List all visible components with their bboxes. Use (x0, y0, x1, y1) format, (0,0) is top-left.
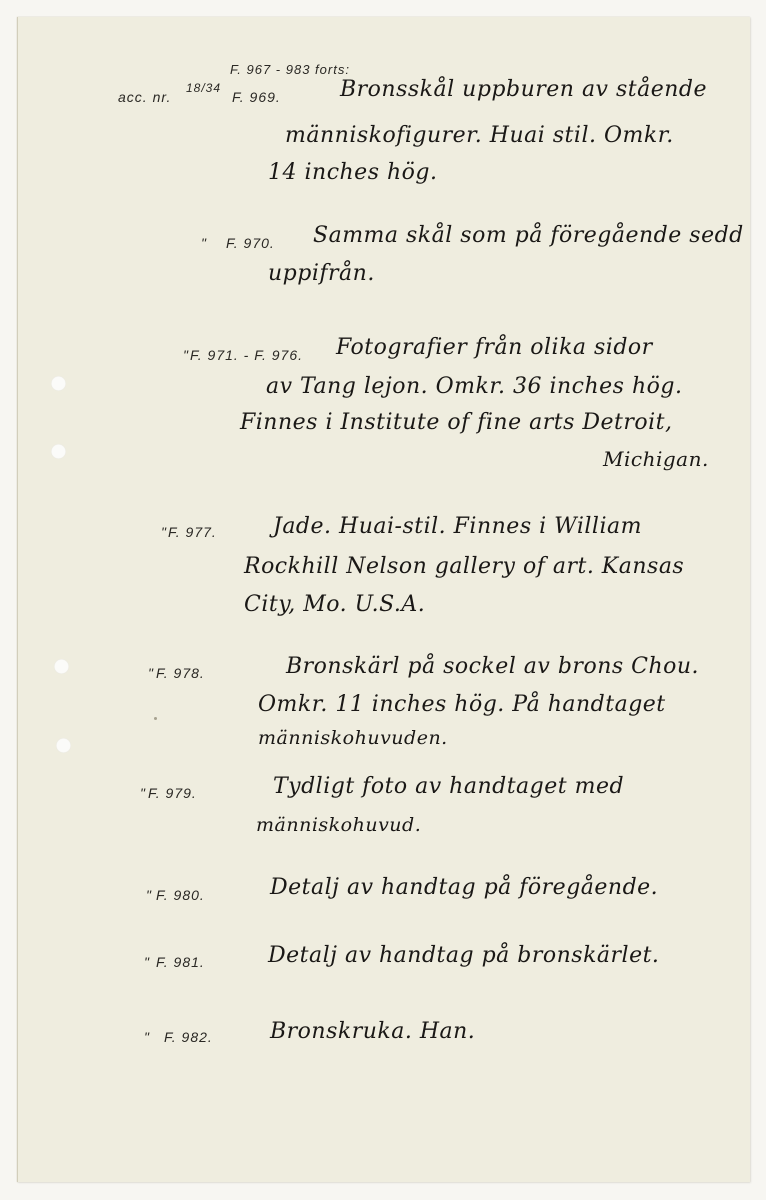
entry-number: F. 970. (226, 235, 275, 251)
entry-number: F. 982. (164, 1029, 213, 1045)
entry-line: Jade. Huai-stil. Finnes i William (273, 514, 642, 539)
ditto-mark: " (183, 347, 189, 363)
entry-line: Bronskruka. Han. (270, 1019, 475, 1044)
punch-hole (56, 738, 71, 753)
ditto-mark: " (144, 954, 150, 970)
entry-line: Fotografier från olika sidor (336, 335, 653, 360)
entry-number: F. 971. - F. 976. (190, 347, 303, 363)
entry-number: F. 979. (148, 785, 197, 801)
entry-line: av Tang lejon. Omkr. 36 inches hög. (266, 374, 682, 399)
entry-number: F. 980. (156, 887, 205, 903)
ditto-mark: " (161, 524, 167, 540)
entry-line: Bronsskål uppburen av stående (340, 77, 707, 102)
ditto-mark: " (148, 665, 154, 681)
entry-line: Finnes i Institute of fine arts Detroit, (240, 410, 673, 435)
ditto-mark: " (144, 1029, 150, 1045)
paper-speck (154, 717, 157, 720)
entry-line: Bronskärl på sockel av brons Chou. (286, 654, 699, 679)
punch-hole (51, 376, 66, 391)
entry-number: F. 969. (232, 89, 281, 105)
punch-hole (54, 659, 69, 674)
entry-line: City, Mo. U.S.A. (244, 592, 425, 617)
entry-number: F. 977. (168, 524, 217, 540)
entry-line: människofigurer. Huai stil. Omkr. (285, 123, 674, 148)
header-range: F. 967 - 983 forts: (230, 62, 350, 77)
document-page: F. 967 - 983 forts: acc. nr. 18/34 F. 96… (17, 17, 750, 1182)
entry-number: F. 981. (156, 954, 205, 970)
entry-line: Samma skål som på föregående sedd (313, 223, 744, 248)
entry-line: Rockhill Nelson gallery of art. Kansas (244, 554, 684, 579)
acc-prefix: acc. nr. (118, 89, 171, 105)
ditto-mark: " (146, 887, 152, 903)
entry-line: Omkr. 11 inches hög. På handtaget (258, 692, 666, 717)
ditto-mark: " (201, 235, 207, 251)
entry-line: människohuvud. (256, 814, 421, 836)
entry-line: uppifrån. (268, 261, 375, 286)
acc-number: 18/34 (186, 81, 221, 95)
entry-line: Detalj av handtag på föregående. (270, 875, 658, 900)
entry-line: Detalj av handtag på bronskärlet. (268, 943, 659, 968)
entry-line: Tydligt foto av handtaget med (273, 774, 624, 799)
entry-line: människohuvuden. (258, 727, 448, 749)
entry-line: Michigan. (603, 447, 709, 471)
punch-hole (51, 444, 66, 459)
ditto-mark: " (140, 785, 146, 801)
entry-number: F. 978. (156, 665, 205, 681)
entry-line: 14 inches hög. (268, 160, 437, 185)
